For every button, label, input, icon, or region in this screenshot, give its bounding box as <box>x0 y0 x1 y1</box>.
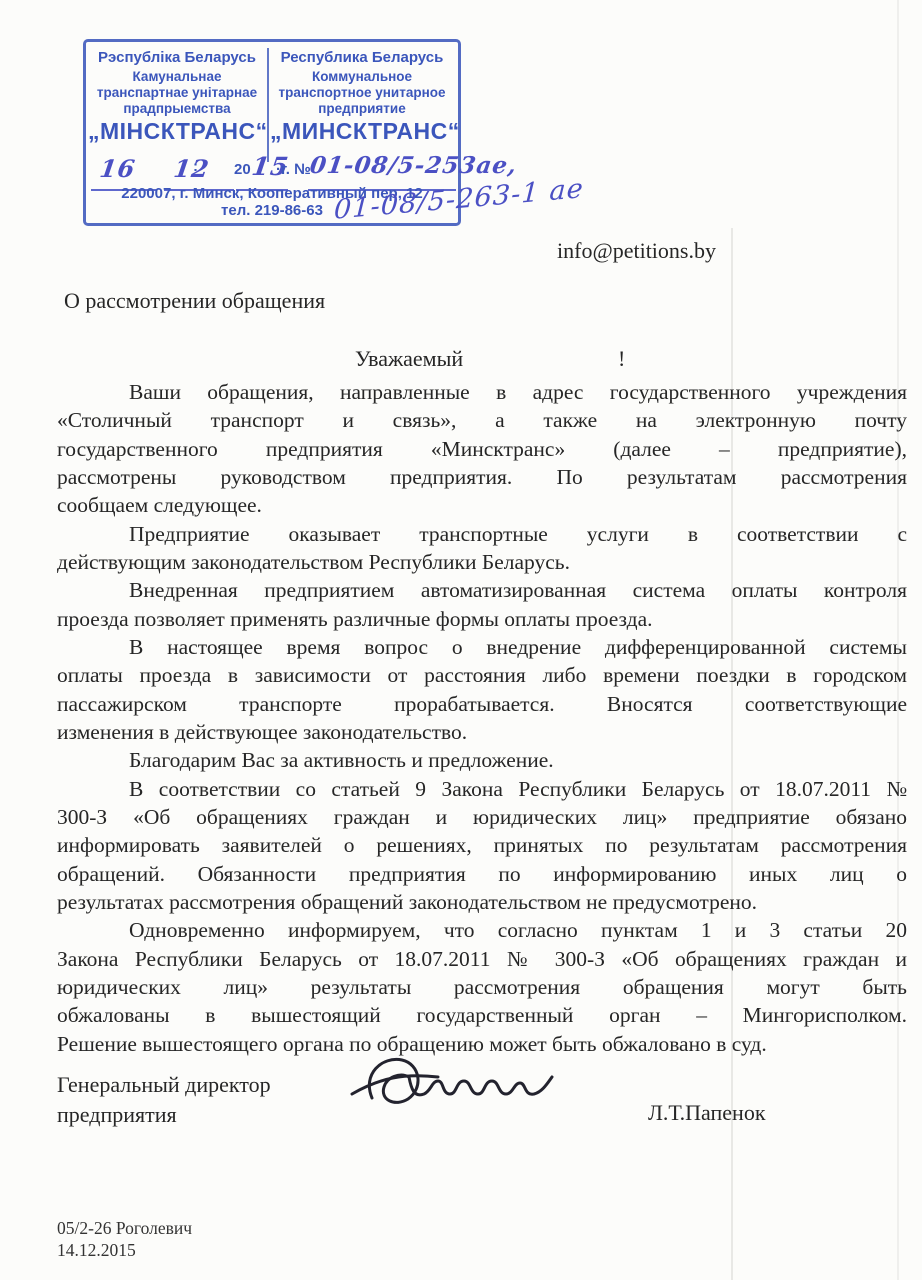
executor-reference: 05/2-26 Роголевич <box>57 1218 192 1239</box>
body-line: информировать заявителей о решениях, при… <box>57 831 907 859</box>
stamp-org-name-ru: „МИНСКТРАНС“ <box>270 123 454 139</box>
executor-date: 14.12.2015 <box>57 1240 136 1261</box>
stamp-number-prefix: ·г. № <box>276 161 311 178</box>
stamp-russian-column: Республика Беларусь Коммунальное транспо… <box>270 50 454 139</box>
body-line: юридических лиц» результаты рассмотрения… <box>57 973 907 1001</box>
stamp-divider <box>267 48 269 162</box>
stamp-country-by: Рэспубліка Беларусь <box>88 50 266 66</box>
body-line: государственного предприятия «Минсктранс… <box>57 435 907 463</box>
body-line: пассажирском транспорте прорабатывается.… <box>57 690 907 718</box>
stamp-org-line: транспартнае унітарнае <box>88 85 266 101</box>
handwritten-reg-number: 01-08/5-253ае, <box>308 152 519 179</box>
body-line: Закона Республики Беларусь от 18.07.2011… <box>57 945 907 973</box>
body-line: обращений. Обязанности предприятия по ин… <box>57 860 907 888</box>
signatory-title: предприятия <box>57 1102 177 1128</box>
stamp-country-ru: Республика Беларусь <box>270 50 454 66</box>
subject-line: О рассмотрении обращения <box>64 288 325 314</box>
stamp-org-line: Коммунальное <box>270 69 454 85</box>
stamp-org-name-by: „МІНСКТРАНС“ <box>88 123 266 139</box>
signatory-name: Л.Т.Папенок <box>648 1100 766 1126</box>
body-line: рассмотрены руководством предприятия. По… <box>57 463 907 491</box>
body-line: Благодарим Вас за активность и предложен… <box>57 746 907 774</box>
body-line: Внедренная предприятием автоматизированн… <box>57 576 907 604</box>
body-line: 300-З «Об обращениях граждан и юридическ… <box>57 803 907 831</box>
body-line: оплаты проезда в зависимости от расстоян… <box>57 661 907 689</box>
body-line: изменения в действующее законодательство… <box>57 718 907 746</box>
scanned-letter-page: Рэспубліка Беларусь Камунальнае транспар… <box>0 0 922 1280</box>
body-line: проезда позволяет применять различные фо… <box>57 605 907 633</box>
body-line: действующим законодательством Республики… <box>57 548 907 576</box>
body-line: результатах рассмотрения обращений закон… <box>57 888 907 916</box>
salutation-punct: ! <box>618 346 625 372</box>
stamp-colon: : <box>193 158 198 175</box>
body-line: сообщаем следующее. <box>57 491 907 519</box>
handwritten-day: 16 <box>98 154 137 183</box>
body-line: В соответствии со статьей 9 Закона Респу… <box>57 775 907 803</box>
handwritten-signature <box>348 1050 568 1116</box>
stamp-belarusian-column: Рэспубліка Беларусь Камунальнае транспар… <box>88 50 266 139</box>
body-line: В настоящее время вопрос о внедрение диф… <box>57 633 907 661</box>
stamp-year-prefix: 20 <box>234 161 251 178</box>
body-line: Ваши обращения, направленные в адрес гос… <box>57 378 907 406</box>
signatory-title: Генеральный директор <box>57 1072 271 1098</box>
salutation-line: Уважаемый ! <box>57 346 907 374</box>
stamp-org-line: предприятие <box>270 101 454 117</box>
body-line: Предприятие оказывает транспортные услуг… <box>57 520 907 548</box>
handwritten-month: 12 <box>172 154 211 183</box>
letter-body: Ваши обращения, направленные в адрес гос… <box>57 378 907 1058</box>
salutation-word: Уважаемый <box>355 346 463 372</box>
recipient-email: info@petitions.by <box>557 238 716 264</box>
stamp-org-line: Камунальнае <box>88 69 266 85</box>
body-line: Одновременно информируем, что согласно п… <box>57 916 907 944</box>
stamp-org-line: прадпрыемства <box>88 101 266 117</box>
stamp-org-line: транспортное унитарное <box>270 85 454 101</box>
body-line: «Столичный транспорт и связь», а также н… <box>57 406 907 434</box>
body-line: обжалованы в вышестоящий государственный… <box>57 1001 907 1029</box>
